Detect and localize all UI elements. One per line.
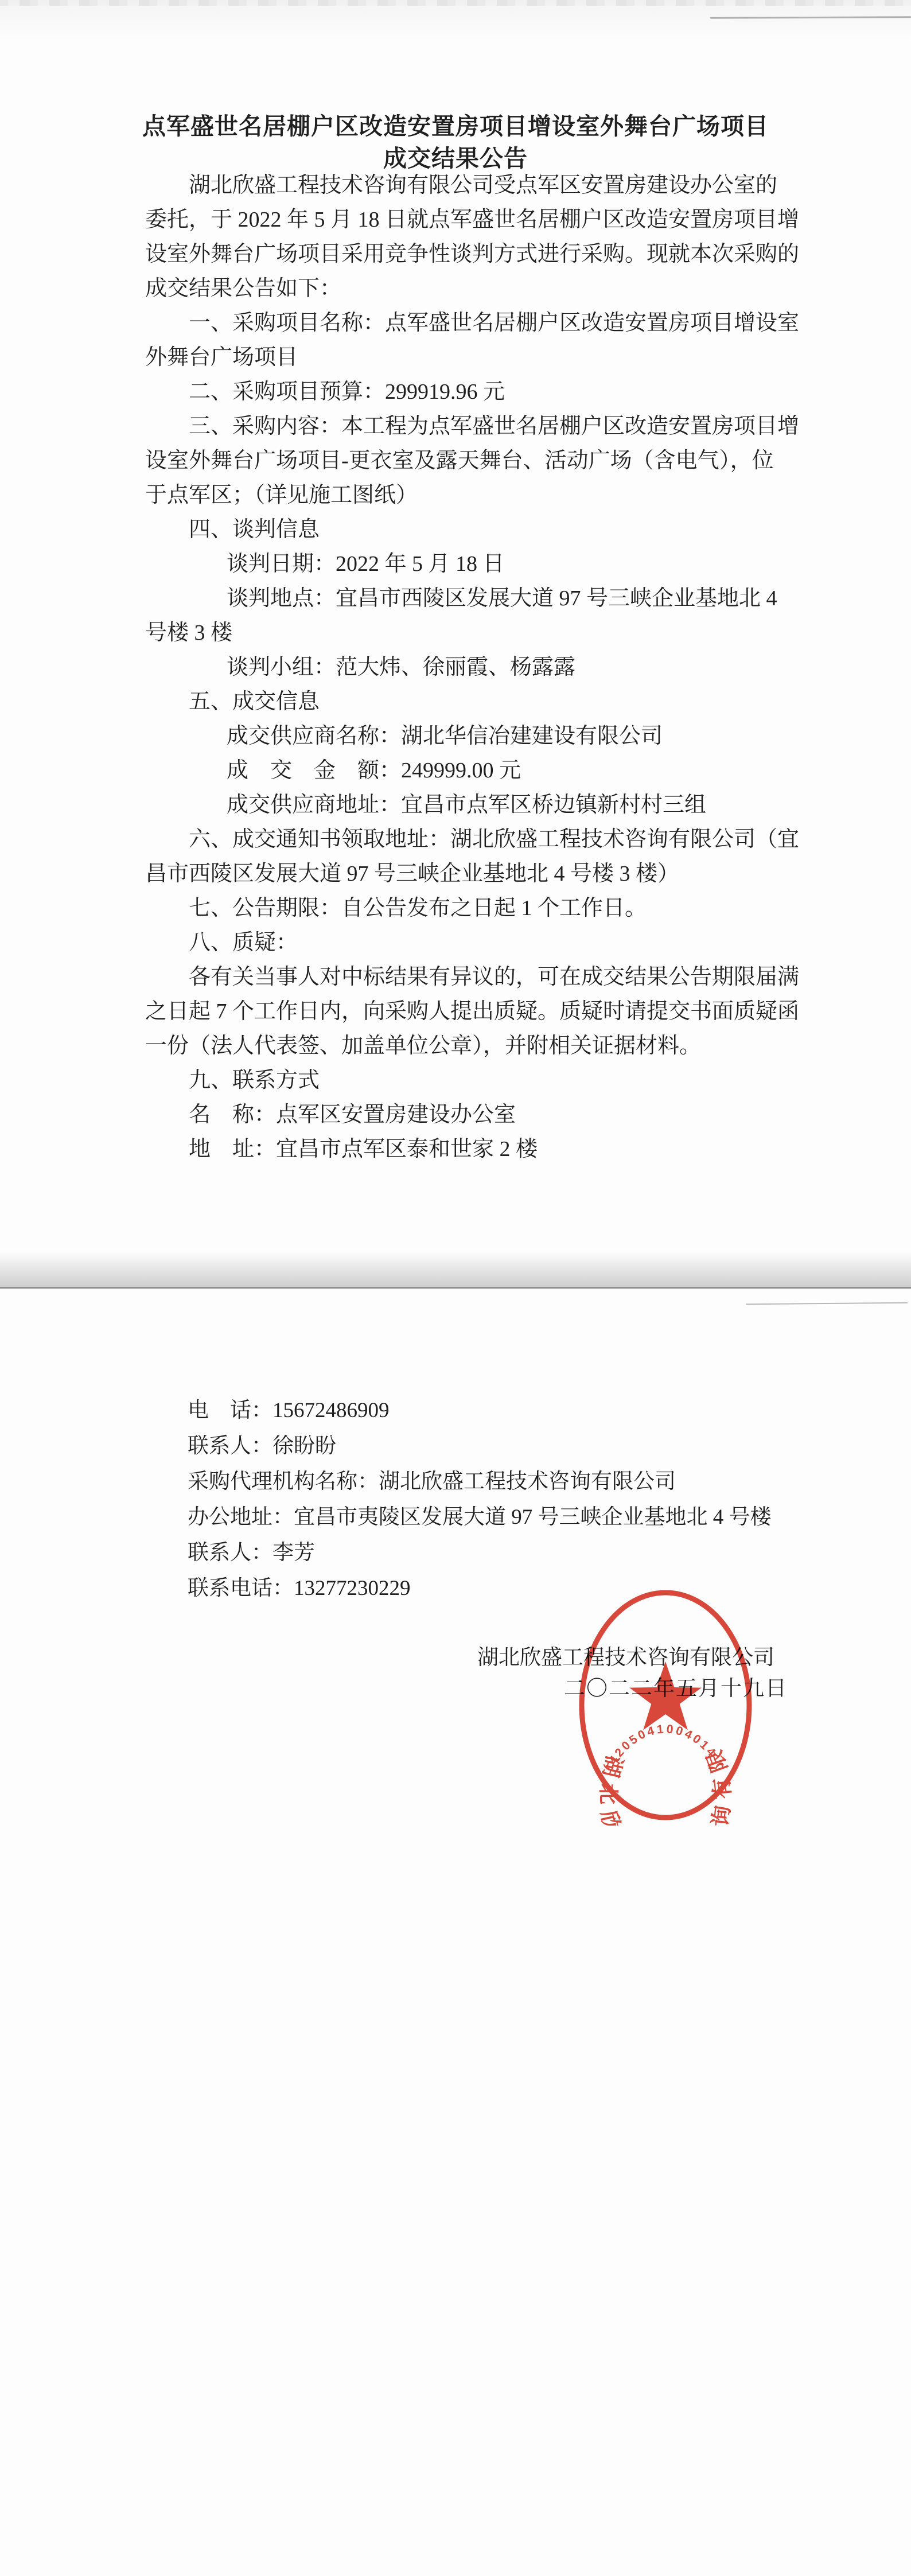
- text-line: 成交结果公告如下：: [145, 271, 777, 306]
- text-line: 外舞台广场项目: [145, 340, 777, 375]
- text-line: 委托，于 2022 年 5 月 18 日就点军盛世名居棚户区改造安置房项目增: [145, 203, 777, 237]
- page1-body: 湖北欣盛工程技术咨询有限公司受点军区安置房建设办公室的委托，于 2022 年 5…: [145, 168, 777, 1166]
- text-line: 号楼 3 楼: [145, 616, 777, 650]
- text-line: 设室外舞台广场项目-更衣室及露天舞台、活动广场（含电气），位: [145, 443, 777, 478]
- text-line: 采购代理机构名称：湖北欣盛工程技术咨询有限公司: [188, 1464, 819, 1500]
- text-line: 三、采购内容：本工程为点军盛世名居棚户区改造安置房项目增: [189, 409, 777, 443]
- scan-top-shadow: [0, 0, 911, 40]
- text-line: 联系人：徐盼盼: [188, 1429, 819, 1464]
- text-line: 成 交 金 额：249999.00 元: [227, 753, 777, 788]
- text-line: 谈判地点：宜昌市西陵区发展大道 97 号三峡企业基地北 4: [227, 581, 777, 616]
- text-line: 设室外舞台广场项目采用竞争性谈判方式进行采购。现就本次采购的: [145, 237, 777, 271]
- official-seal-stamp: 湖北欣盛工程技术咨询有限公司 4205041004014: [571, 1585, 760, 1826]
- text-line: 联系人：李芳: [188, 1535, 819, 1571]
- text-line: 二、采购项目预算：299919.96 元: [189, 375, 777, 409]
- text-line: 名 称：点军区安置房建设办公室: [189, 1098, 777, 1132]
- text-line: 于点军区；（详见施工图纸）: [145, 478, 777, 512]
- text-line: 谈判小组：范大炜、徐丽霞、杨露露: [227, 650, 777, 684]
- text-line: 七、公告期限：自公告发布之日起 1 个工作日。: [189, 891, 777, 925]
- text-line: 谈判日期：2022 年 5 月 18 日: [227, 547, 777, 581]
- page-edge-shadow: [0, 1252, 911, 1289]
- seal-star-icon: [629, 1661, 702, 1730]
- text-line: 之日起 7 个工作日内，向采购人提出质疑。质疑时请提交书面质疑函: [145, 994, 777, 1029]
- text-line: 五、成交信息: [189, 684, 777, 719]
- text-line: 湖北欣盛工程技术咨询有限公司受点军区安置房建设办公室的: [189, 168, 777, 203]
- text-line: 六、成交通知书领取地址：湖北欣盛工程技术咨询有限公司（宜: [189, 822, 777, 857]
- scan-artifact-line: [746, 1302, 908, 1305]
- text-line: 成交供应商名称：湖北华信冶建建设有限公司: [227, 719, 777, 753]
- page2-contact-block: 电 话：15672486909联系人：徐盼盼采购代理机构名称：湖北欣盛工程技术咨…: [188, 1393, 819, 1606]
- text-line: 成交供应商地址：宜昌市点军区桥边镇新村村三组: [227, 788, 777, 822]
- text-line: 电 话：15672486909: [188, 1393, 819, 1429]
- text-line: 一、采购项目名称：点军盛世名居棚户区改造安置房项目增设室: [189, 306, 777, 340]
- text-line: 各有关当事人对中标结果有异议的，可在成交结果公告期限届满: [189, 960, 777, 994]
- text-line: 八、质疑：: [189, 925, 777, 960]
- text-line: 办公地址：宜昌市夷陵区发展大道 97 号三峡企业基地北 4 号楼: [188, 1500, 819, 1535]
- document-title: 点军盛世名居棚户区改造安置房项目增设室外舞台广场项目 成交结果公告: [0, 110, 911, 174]
- text-line: 一份（法人代表签、加盖单位公章），并附相关证据材料。: [145, 1029, 777, 1063]
- text-line: 九、联系方式: [189, 1063, 777, 1098]
- title-line-1: 点军盛世名居棚户区改造安置房项目增设室外舞台广场项目: [0, 110, 911, 142]
- text-line: 昌市西陵区发展大道 97 号三峡企业基地北 4 号楼 3 楼）: [145, 857, 777, 891]
- text-line: 四、谈判信息: [189, 512, 777, 547]
- text-line: 地 址：宜昌市点军区泰和世家 2 楼: [189, 1132, 777, 1166]
